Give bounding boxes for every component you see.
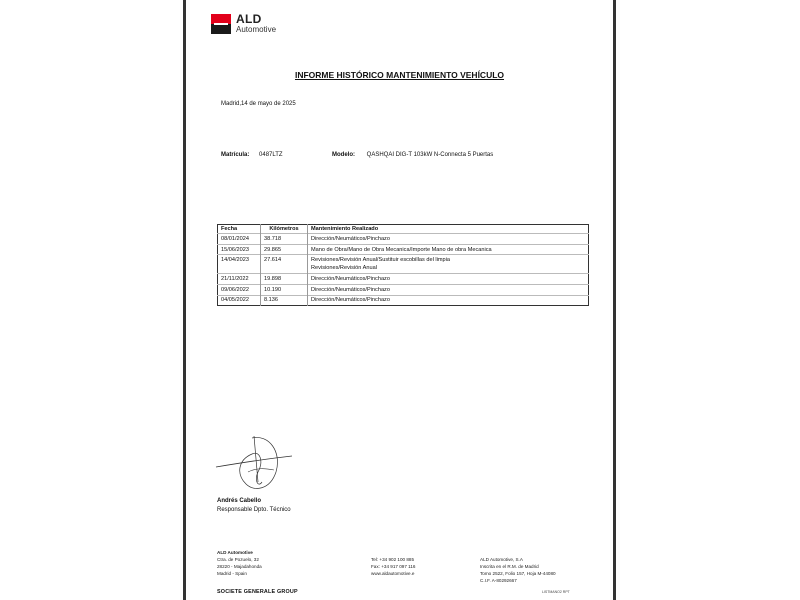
footer-company: ALD Automotive: [217, 550, 253, 555]
societe-generale-logo-icon: [211, 14, 231, 34]
work-line: Mano de Obra/Mano de Obra Mecanica/Impor…: [311, 246, 585, 254]
table-row: 14/04/202327.614Revisiones/Revisión Anua…: [218, 255, 589, 274]
document-title: INFORME HISTÓRICO MANTENIMIENTO VEHÍCULO: [186, 70, 613, 80]
model-info: Modelo: QASHQAI DIG-T 103kW N-Connecta 5…: [332, 152, 493, 158]
document-page: ALD Automotive INFORME HISTÓRICO MANTENI…: [186, 0, 613, 600]
footer-fax: Fax: +34 917 097 116: [371, 564, 415, 569]
model-label: Modelo:: [332, 152, 355, 158]
table-header-row: Fecha Kilómetros Mantenimiento Realizado: [218, 225, 589, 234]
cell-date: 09/06/2022: [218, 284, 261, 295]
header-work: Mantenimiento Realizado: [308, 225, 589, 234]
cell-km: 19.898: [261, 274, 308, 285]
cell-date: 21/11/2022: [218, 274, 261, 285]
report-ref: LISTMANO2 RPT: [542, 590, 570, 594]
footer-line: C.I.F. A-80292667: [480, 578, 517, 583]
signature-image: [214, 432, 294, 494]
footer-group: SOCIETE GENERALE GROUP: [217, 589, 298, 595]
model-value: QASHQAI DIG-T 103kW N-Connecta 5 Puertas: [367, 152, 494, 158]
table-row: 08/01/202438.718Dirección/Neumáticos/Pin…: [218, 234, 589, 245]
logo-name: ALD: [236, 13, 276, 25]
signer-role: Responsable Dpto. Técnico: [217, 506, 291, 515]
table-row: 04/05/20228.136Dirección/Neumáticos/Pinc…: [218, 295, 589, 306]
header-date: Fecha: [218, 225, 261, 234]
plate-value: 0487LTZ: [259, 152, 283, 158]
cell-work: Mano de Obra/Mano de Obra Mecanica/Impor…: [308, 244, 589, 255]
footer-line: Madrid - Spain: [217, 571, 247, 576]
signer-name: Andrés Cabello: [217, 497, 291, 506]
cell-km: 27.614: [261, 255, 308, 274]
page-edge-right: [613, 0, 616, 600]
footer-contact: Tel: +34 902 100 885 Fax: +34 917 097 11…: [371, 556, 415, 577]
document-date: Madrid,14 de mayo de 2025: [221, 101, 296, 107]
footer-phone: Tel: +34 902 100 885: [371, 557, 414, 562]
work-line: Dirección/Neumáticos/Pinchazo: [311, 235, 585, 243]
cell-km: 10.190: [261, 284, 308, 295]
work-line: Revisiones/Revisión Anual/Sustituir esco…: [311, 256, 585, 264]
table-row: 21/11/202219.898Dirección/Neumáticos/Pin…: [218, 274, 589, 285]
cell-date: 04/05/2022: [218, 295, 261, 306]
cell-work: Revisiones/Revisión Anual/Sustituir esco…: [308, 255, 589, 274]
cell-km: 8.136: [261, 295, 308, 306]
cell-work: Dirección/Neumáticos/Pinchazo: [308, 295, 589, 306]
footer-line: Inscrita en el R.M. de Madrid: [480, 564, 539, 569]
header-km: Kilómetros: [261, 225, 308, 234]
work-line: Dirección/Neumáticos/Pinchazo: [311, 286, 585, 294]
table-row: 09/06/202210.190Dirección/Neumáticos/Pin…: [218, 284, 589, 295]
ald-logo: ALD Automotive: [211, 13, 276, 34]
footer-line: Ctra. de Pozuelo, 32: [217, 557, 259, 562]
cell-work: Dirección/Neumáticos/Pinchazo: [308, 274, 589, 285]
table-row: 15/06/202329.865Mano de Obra/Mano de Obr…: [218, 244, 589, 255]
plate-label: Matrícula:: [221, 152, 249, 158]
work-line: Dirección/Neumáticos/Pinchazo: [311, 275, 585, 283]
logo-subtitle: Automotive: [236, 26, 276, 34]
cell-date: 14/04/2023: [218, 255, 261, 274]
footer-line: Tomo 2522, Folio 157, Hoja M-44080: [480, 571, 556, 576]
maintenance-table: Fecha Kilómetros Mantenimiento Realizado…: [217, 224, 589, 306]
signer-block: Andrés Cabello Responsable Dpto. Técnico: [217, 497, 291, 515]
footer-legal: ALD Automotive, S.A Inscrita en el R.M. …: [480, 556, 556, 584]
cell-work: Dirección/Neumáticos/Pinchazo: [308, 234, 589, 245]
footer-address: ALD Automotive Ctra. de Pozuelo, 32 2822…: [217, 549, 262, 577]
footer-line: ALD Automotive, S.A: [480, 557, 523, 562]
work-line: Revisiones/Revisión Anual: [311, 264, 585, 272]
work-line: Dirección/Neumáticos/Pinchazo: [311, 296, 585, 304]
cell-km: 38.718: [261, 234, 308, 245]
cell-work: Dirección/Neumáticos/Pinchazo: [308, 284, 589, 295]
cell-km: 29.865: [261, 244, 308, 255]
footer-website[interactable]: www.aldautomotive.e: [371, 571, 414, 576]
plate-info: Matrícula: 0487LTZ: [221, 152, 283, 158]
cell-date: 15/06/2023: [218, 244, 261, 255]
footer-line: 28220 - Majadahonda: [217, 564, 262, 569]
cell-date: 08/01/2024: [218, 234, 261, 245]
